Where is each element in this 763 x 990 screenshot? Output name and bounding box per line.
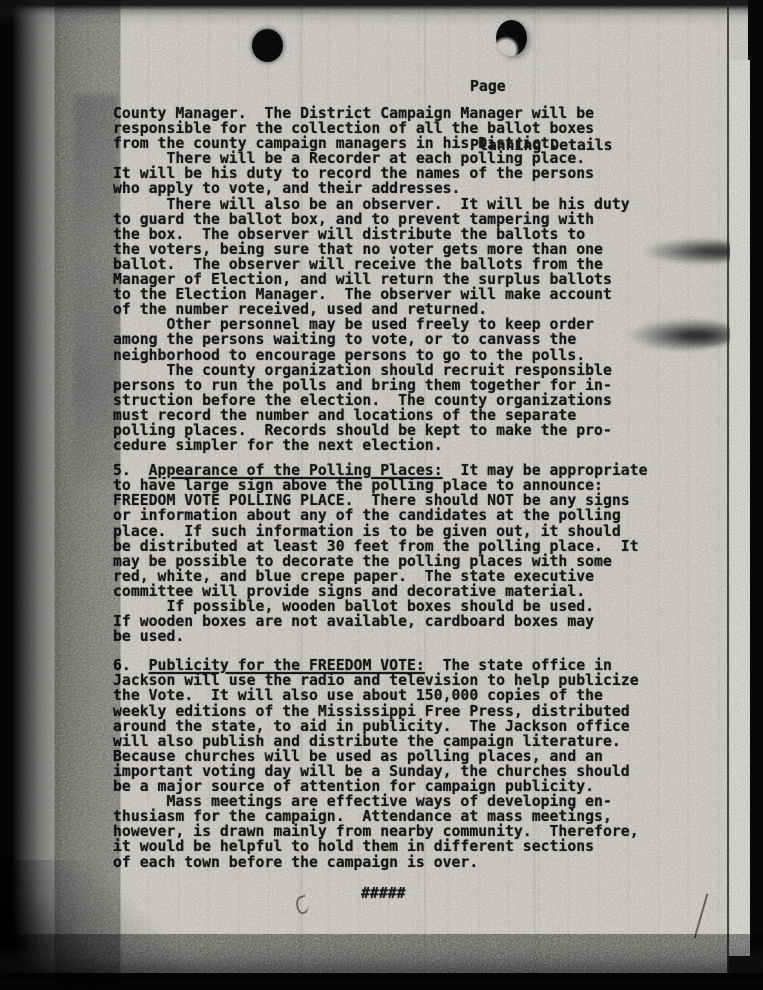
document-line: Manager of Election, and will return the… <box>113 272 648 287</box>
document-text: County Manager. The District Campaign Ma… <box>113 106 648 901</box>
right-film-strip <box>748 0 763 990</box>
right-edge-notch <box>730 60 750 956</box>
document-line: If possible, wooden ballot boxes should … <box>113 599 648 614</box>
document-line: to guard the ballot box, and to prevent … <box>113 212 648 227</box>
document-line: place. If such information is to be give… <box>113 524 648 539</box>
document-line: of the number received, used and returne… <box>113 302 648 317</box>
left-edge-shadow <box>0 0 118 990</box>
document-line: the Vote. It will also use about 150,000… <box>113 688 648 703</box>
document-line: Because churches will be used as polling… <box>113 749 648 764</box>
document-line: be used. <box>113 629 648 644</box>
right-corner-black <box>727 956 763 990</box>
scanned-document-page: Page Planning Details County Manager. Th… <box>0 0 763 990</box>
document-line: the voters, being sure that no voter get… <box>113 242 648 257</box>
bottom-noise-band <box>0 944 763 974</box>
document-line: County Manager. The District Campaign Ma… <box>113 106 648 121</box>
document-line: The county organization should recruit r… <box>113 363 648 378</box>
document-line: cedure simpler for the next election. <box>113 438 648 453</box>
document-line: neighborhood to encourage persons to go … <box>113 348 648 363</box>
document-line: persons to run the polls and bring them … <box>113 378 648 393</box>
document-line: Mass meetings are effective ways of deve… <box>113 794 648 809</box>
vertical-scan-line <box>727 0 729 990</box>
document-line: may be possible to decorate the polling … <box>113 554 648 569</box>
document-line: ##### <box>361 886 648 901</box>
end-marker: ##### <box>113 886 648 901</box>
document-line: will also publish and distribute the cam… <box>113 734 648 749</box>
section-6-publicity-for-freedom-vote: 6. Publicity for the FREEDOM VOTE: The s… <box>113 658 648 869</box>
document-line: must record the number and locations of … <box>113 408 648 423</box>
document-line: to the Election Manager. The observer wi… <box>113 287 648 302</box>
document-line: responsible for the collection of all th… <box>113 121 648 136</box>
document-line: committee will provide signs and decorat… <box>113 584 648 599</box>
document-line: There will also be an observer. It will … <box>113 197 648 212</box>
document-line: who apply to vote, and their addresses. <box>113 181 648 196</box>
document-line: be a major source of attention for campa… <box>113 779 648 794</box>
page-label: Page <box>470 77 613 97</box>
document-line: be distributed at least 30 feet from the… <box>113 539 648 554</box>
bottom-black-bar <box>0 973 763 990</box>
section-5-appearance-of-polling-places: 5. Appearance of the Polling Places: It … <box>113 463 648 644</box>
document-line: polling places. Records should be kept t… <box>113 423 648 438</box>
document-line: ballot. The observer will receive the ba… <box>113 257 648 272</box>
top-edge-shadow <box>0 0 763 26</box>
document-line: 5. Appearance of the Polling Places: It … <box>113 463 648 478</box>
document-line: important voting day will be a Sunday, t… <box>113 764 648 779</box>
ink-smudge <box>645 238 741 265</box>
scratch-mark <box>694 894 709 939</box>
left-mottle-smudge <box>74 95 118 485</box>
document-line: weekly editions of the Mississippi Free … <box>113 704 648 719</box>
document-line: the box. The observer will distribute th… <box>113 227 648 242</box>
document-line: or information about any of the candidat… <box>113 508 648 523</box>
hole-punch-left <box>252 29 283 62</box>
document-line: it would be helpful to hold them in diff… <box>113 839 648 854</box>
district-and-polling-personnel: County Manager. The District Campaign Ma… <box>113 106 648 453</box>
document-line: struction before the election. The count… <box>113 393 648 408</box>
document-line: red, white, and blue crepe paper. The st… <box>113 569 648 584</box>
document-line: of each town before the campaign is over… <box>113 855 648 870</box>
document-line: If wooden boxes are not available, cardb… <box>113 614 648 629</box>
document-line: among the persons waiting to vote, or to… <box>113 332 648 347</box>
document-line: around the state, to aid in publicity. T… <box>113 719 648 734</box>
